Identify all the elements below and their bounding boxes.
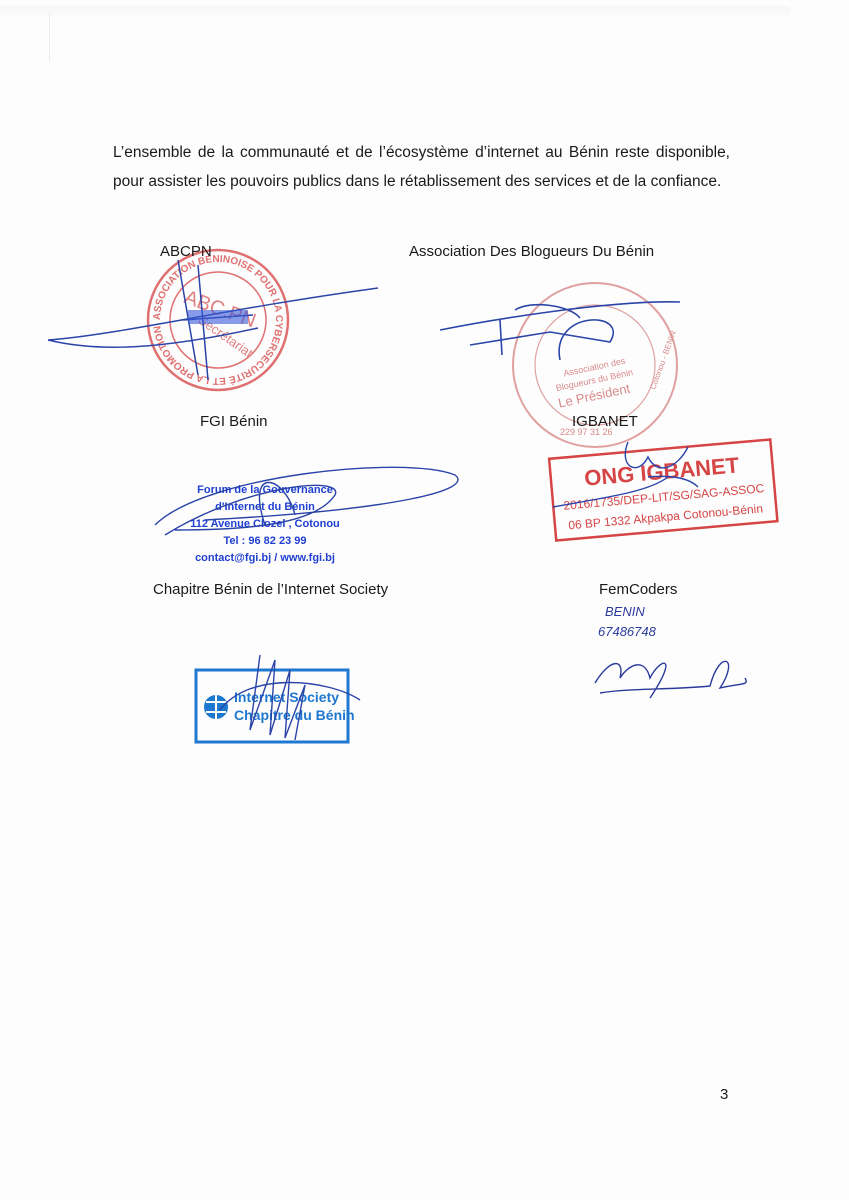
svg-text:Cotonou - BENIN: Cotonou - BENIN [648, 329, 678, 390]
svg-text:Internet Society: Internet Society [234, 689, 339, 705]
isoc-stamp: Internet Society Chapitre du Bénin [190, 650, 370, 750]
signatory-name-fgi: FGI Bénin [200, 413, 268, 430]
scan-edge-artifact [0, 6, 790, 16]
closing-paragraph: L’ensemble de la communauté et de l’écos… [113, 138, 730, 196]
igbanet-stamp: ONG IGBANET 2016/1735/DEP-LIT/SG/SAG-ASS… [548, 437, 778, 537]
blogueurs-stamp: Association des Blogueurs du Bénin Le Pr… [430, 270, 690, 445]
femcoders-signature: BENIN 67486748 [590, 598, 760, 718]
svg-text:BENIN: BENIN [605, 604, 645, 619]
scan-margin-line [49, 12, 50, 62]
svg-text:contact@fgi.bj / www.fgi.bj: contact@fgi.bj / www.fgi.bj [195, 552, 335, 564]
signatory-name-blogueurs: Association Des Blogueurs Du Bénin [409, 243, 654, 260]
signatory-name-femcoders: FemCoders [599, 581, 677, 598]
signatory-name-isoc: Chapitre Bénin de l’Internet Society [153, 581, 388, 598]
svg-text:67486748: 67486748 [598, 624, 657, 639]
signatory-name-abcpn: ABCPN [160, 243, 212, 260]
svg-text:Tel : 96 82 23 99: Tel : 96 82 23 99 [224, 535, 307, 547]
abcpn-stamp: ASSOCIATION BENINOISE POUR LA CYBERSECUR… [118, 240, 258, 400]
page-number: 3 [720, 1086, 728, 1103]
svg-text:d'Internet du Bénin: d'Internet du Bénin [215, 501, 315, 513]
signatory-name-igbanet: IGBANET [572, 413, 638, 430]
fgi-stamp: Forum de la Gouvernance d'Internet du Bé… [145, 455, 465, 575]
